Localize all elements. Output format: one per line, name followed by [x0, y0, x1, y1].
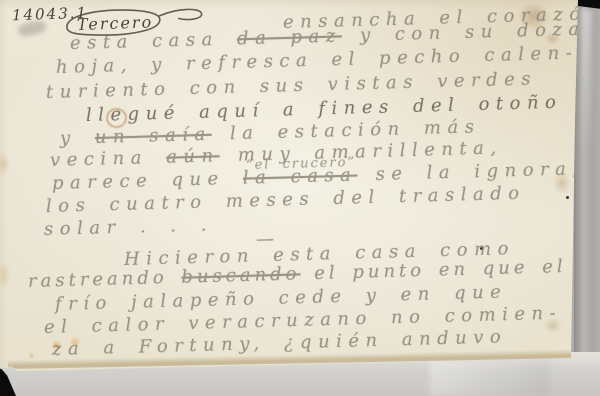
scanner-background-right	[574, 0, 600, 396]
scanner-light-streak	[582, 10, 592, 160]
struck-text: da paz	[237, 25, 342, 49]
struck-text: un saía	[95, 124, 212, 148]
scanned-document: 14043.1 Tercero ensancha el corazón esta…	[0, 0, 600, 396]
line-text: rastreando	[28, 267, 182, 292]
stain	[0, 262, 11, 288]
ink-speck	[566, 196, 569, 199]
line-text: vecina	[50, 147, 167, 171]
handwritten-line: solar . . .	[44, 214, 214, 240]
struck-text: la casa	[243, 164, 358, 188]
stain	[0, 152, 10, 176]
line-text: y	[60, 127, 95, 149]
scanner-light-streak	[430, 360, 550, 396]
struck-text: aún	[166, 145, 220, 167]
manuscript-page: 14043.1 Tercero ensancha el corazón esta…	[0, 0, 600, 396]
struck-text: buscando	[181, 263, 301, 287]
line-text: parece que	[52, 168, 243, 194]
line-text: solar . . .	[44, 214, 214, 240]
line-text: esta casa	[70, 28, 238, 54]
line-text: se la ignora,	[357, 158, 585, 185]
stain-dot	[28, 352, 35, 359]
